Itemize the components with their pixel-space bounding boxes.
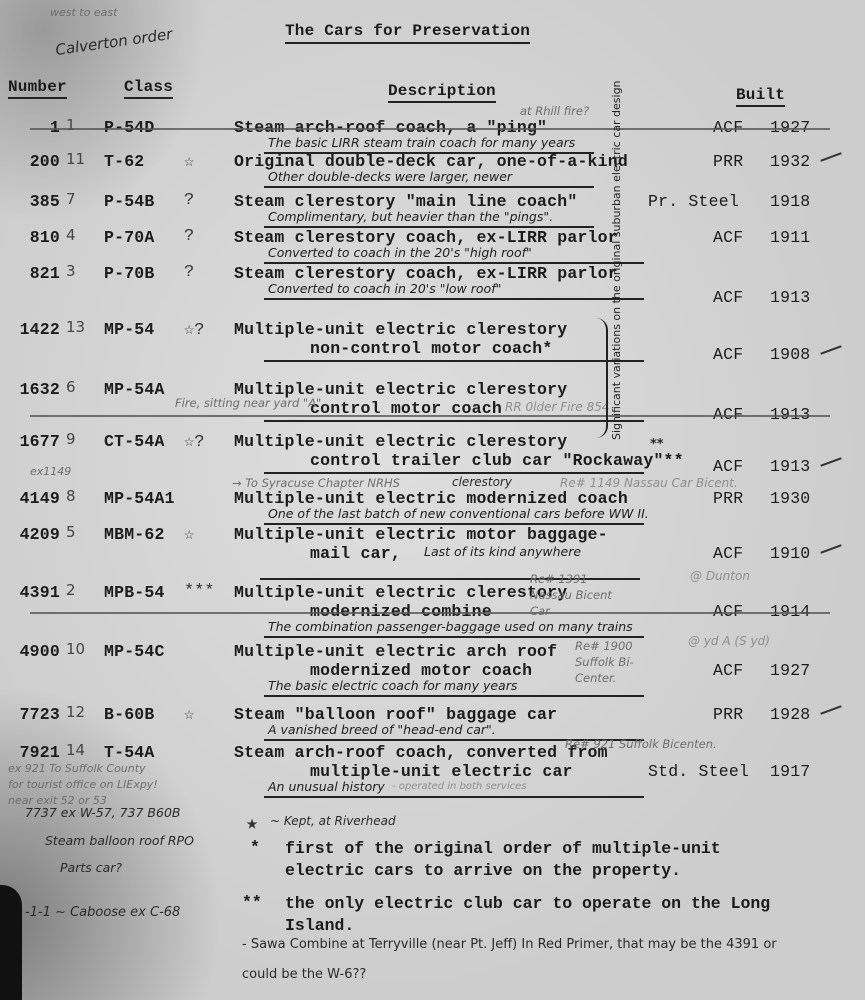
car-description: mail car, [310, 544, 401, 563]
car-class: CT-54A [104, 432, 165, 451]
car-class: P-70A [104, 228, 155, 247]
order-mark: 6 [66, 378, 76, 396]
order-mark: 4 [66, 226, 76, 244]
strikethrough-line [30, 128, 830, 130]
marker-icon: ☆? [184, 431, 204, 452]
check-mark-icon [820, 345, 841, 354]
handwritten-note: Other double-decks were larger, newer [268, 169, 512, 184]
row-divider [264, 420, 644, 422]
builder: ACF [713, 345, 743, 364]
scan-shadow [0, 885, 22, 1000]
check-mark-icon [820, 544, 841, 553]
marker-icon: ☆ [184, 151, 194, 172]
check-mark-icon [820, 457, 841, 466]
left-margin-pencil: ex1149 [30, 465, 71, 478]
car-number: 4900 [0, 642, 60, 661]
marker-icon: *** [184, 582, 215, 601]
bracket [596, 318, 608, 438]
car-description: Multiple-unit electric clerestory [234, 320, 567, 339]
margin-note-7737: 7737 ex W-57, 737 B60B [25, 805, 181, 820]
car-class: P-54B [104, 192, 155, 211]
car-description: Steam arch-roof coach, converted from [234, 743, 608, 762]
insert-note: clerestory [452, 475, 512, 489]
order-mark: 13 [66, 318, 85, 336]
legend-symbol-double: ** [242, 893, 262, 912]
builder: ACF [713, 288, 743, 307]
car-class: T-54A [104, 743, 155, 762]
car-class: T-62 [104, 152, 144, 171]
row-divider [264, 796, 644, 798]
margin-note-caboose: -1-1 ~ Caboose ex C-68 [25, 905, 180, 920]
order-mark: 1 [66, 116, 76, 134]
bracket-note: Significant variations on the original s… [610, 80, 623, 440]
car-number: 200 [0, 152, 60, 171]
car-class: MBM-62 [104, 525, 165, 544]
pencil-note: Fire, sitting near yard "A" [175, 396, 321, 410]
pencil-note: → To Syracuse Chapter NRHS [232, 476, 400, 490]
order-mark: 2 [66, 581, 76, 599]
handwritten-note: The basic LIRR steam train coach for man… [268, 135, 575, 150]
row-divider [264, 472, 644, 474]
car-class: P-70B [104, 264, 155, 283]
handwritten-note: Converted to coach in 20's "low roof" [268, 281, 501, 296]
car-number: 4209 [0, 525, 60, 544]
handwritten-note: An unusual history [268, 779, 385, 794]
car-description: non-control motor coach* [310, 339, 552, 358]
car-number: 1422 [0, 320, 60, 339]
order-mark: 3 [66, 262, 76, 280]
year-built: 1908 [770, 345, 810, 364]
car-number: 7723 [0, 705, 60, 724]
handwritten-note-extra: - operated in both services [392, 781, 526, 792]
pencil-note: Re# 1391 Nassau Bicent Car [530, 571, 620, 619]
margin-note-order: Calverton order [54, 25, 173, 59]
car-description: Multiple-unit electric clerestory [234, 583, 567, 602]
car-class: MP-54 [104, 320, 155, 339]
handwritten-note: The combination passenger-baggage used o… [268, 619, 633, 634]
header-class: Class [124, 78, 173, 99]
handwritten-note: One of the last batch of new conventiona… [268, 506, 649, 521]
row-divider [264, 695, 644, 697]
header-description: Description [388, 82, 496, 103]
builder: PRR [713, 152, 743, 171]
margin-note-steam-balloon: Steam balloon roof RPO [45, 833, 194, 848]
car-number: 810 [0, 228, 60, 247]
check-mark-icon [820, 152, 841, 161]
row-divider [264, 186, 594, 188]
bracket-mark: ** [650, 437, 664, 452]
row-divider [264, 360, 644, 362]
car-description: Multiple-unit electric clerestory [234, 432, 567, 451]
year-built: 1913 [770, 288, 810, 307]
order-mark: 10 [66, 640, 85, 658]
marker-icon: ☆ [184, 704, 194, 725]
builder: ACF [713, 457, 743, 476]
car-number: 385 [0, 192, 60, 211]
year-built: 1928 [770, 705, 810, 724]
car-class: MPB-54 [104, 583, 165, 602]
builder: ACF [713, 661, 743, 680]
year-built: 1910 [770, 544, 810, 563]
margin-note-parts-car: Parts car? [60, 860, 122, 875]
row-divider [264, 298, 644, 300]
car-number: 821 [0, 264, 60, 283]
page-title: The Cars for Preservation [285, 22, 530, 44]
car-number: 4149 [0, 489, 60, 508]
order-mark: 7 [66, 190, 76, 208]
handwritten-note: Converted to coach in the 20's "high roo… [268, 245, 532, 260]
marker-icon: ☆? [184, 319, 204, 340]
pencil-note-secondary: RR 0lder Fire 854 [505, 400, 609, 414]
pencil-note: Re# 1900 Suffolk Bi-Center. [575, 638, 665, 686]
year-built: 1932 [770, 152, 810, 171]
strikethrough-line [30, 612, 830, 614]
handwritten-note: Last of its kind anywhere [424, 544, 581, 559]
year-built: 1917 [770, 762, 810, 781]
order-mark: 5 [66, 523, 76, 541]
pencil-note-secondary: @ yd A (S yd) [688, 634, 770, 648]
year-built: 1911 [770, 228, 810, 247]
year-built: 1930 [770, 489, 810, 508]
car-description: Multiple-unit electric arch roof [234, 642, 557, 661]
year-built: 1918 [770, 192, 810, 211]
pencil-note-secondary: @ Dunton [690, 569, 750, 583]
star-icon: ★ [246, 810, 258, 836]
order-mark: 14 [66, 741, 85, 759]
builder: PRR [713, 705, 743, 724]
builder: ACF [713, 544, 743, 563]
builder: Pr. Steel [648, 192, 739, 211]
car-class: MP-54C [104, 642, 165, 661]
car-number: 4391 [0, 583, 60, 602]
marker-icon: ? [184, 227, 194, 246]
builder: PRR [713, 489, 743, 508]
left-margin-pencil: ex 921 To Suffolk County for tourist off… [8, 761, 158, 809]
handwritten-note: The basic electric coach for many years [268, 678, 517, 693]
pencil-note: at Rhill fire? [520, 104, 589, 118]
car-number: 1632 [0, 380, 60, 399]
marker-icon: ? [184, 191, 194, 210]
header-number: Number [8, 78, 67, 99]
marker-icon: ☆ [184, 524, 194, 545]
car-number: 7921 [0, 743, 60, 762]
order-mark: 11 [66, 150, 85, 168]
car-class: MP-54A1 [104, 489, 175, 508]
car-class: MP-54A [104, 380, 165, 399]
header-built: Built [736, 86, 785, 107]
pencil-note: Re# 921 Suffolk Bicenten. [565, 737, 717, 751]
pencil-note-secondary: Re# 1149 Nassau Car Bicent. [560, 476, 738, 490]
legend-first-order: first of the original order of multiple-… [285, 838, 775, 882]
margin-note-direction: west to east [50, 6, 117, 19]
handwritten-note: Complimentary, but heavier than the "pin… [268, 209, 553, 224]
car-class: B-60B [104, 705, 155, 724]
car-description: Multiple-unit electric motor baggage- [234, 525, 608, 544]
legend-kept-note: ~ Kept, at Riverhead [270, 814, 396, 828]
legend-symbol-single: * [250, 838, 260, 857]
strikethrough-line [30, 415, 830, 417]
car-description: control trailer club car "Rockaway"** [310, 451, 684, 470]
builder: Std. Steel [648, 762, 749, 781]
check-mark-icon [820, 705, 841, 714]
year-built: 1927 [770, 661, 810, 680]
order-mark: 12 [66, 703, 85, 721]
legend-sawa-note: - Sawa Combine at Terryville (near Pt. J… [242, 930, 802, 990]
order-mark: 9 [66, 430, 76, 448]
order-mark: 8 [66, 487, 76, 505]
year-built: 1913 [770, 457, 810, 476]
car-number: 1677 [0, 432, 60, 451]
handwritten-note: A vanished breed of "head-end car". [268, 722, 496, 737]
marker-icon: ? [184, 263, 194, 282]
builder: ACF [713, 228, 743, 247]
bracket-note-text: Significant variations on the original s… [610, 80, 623, 440]
